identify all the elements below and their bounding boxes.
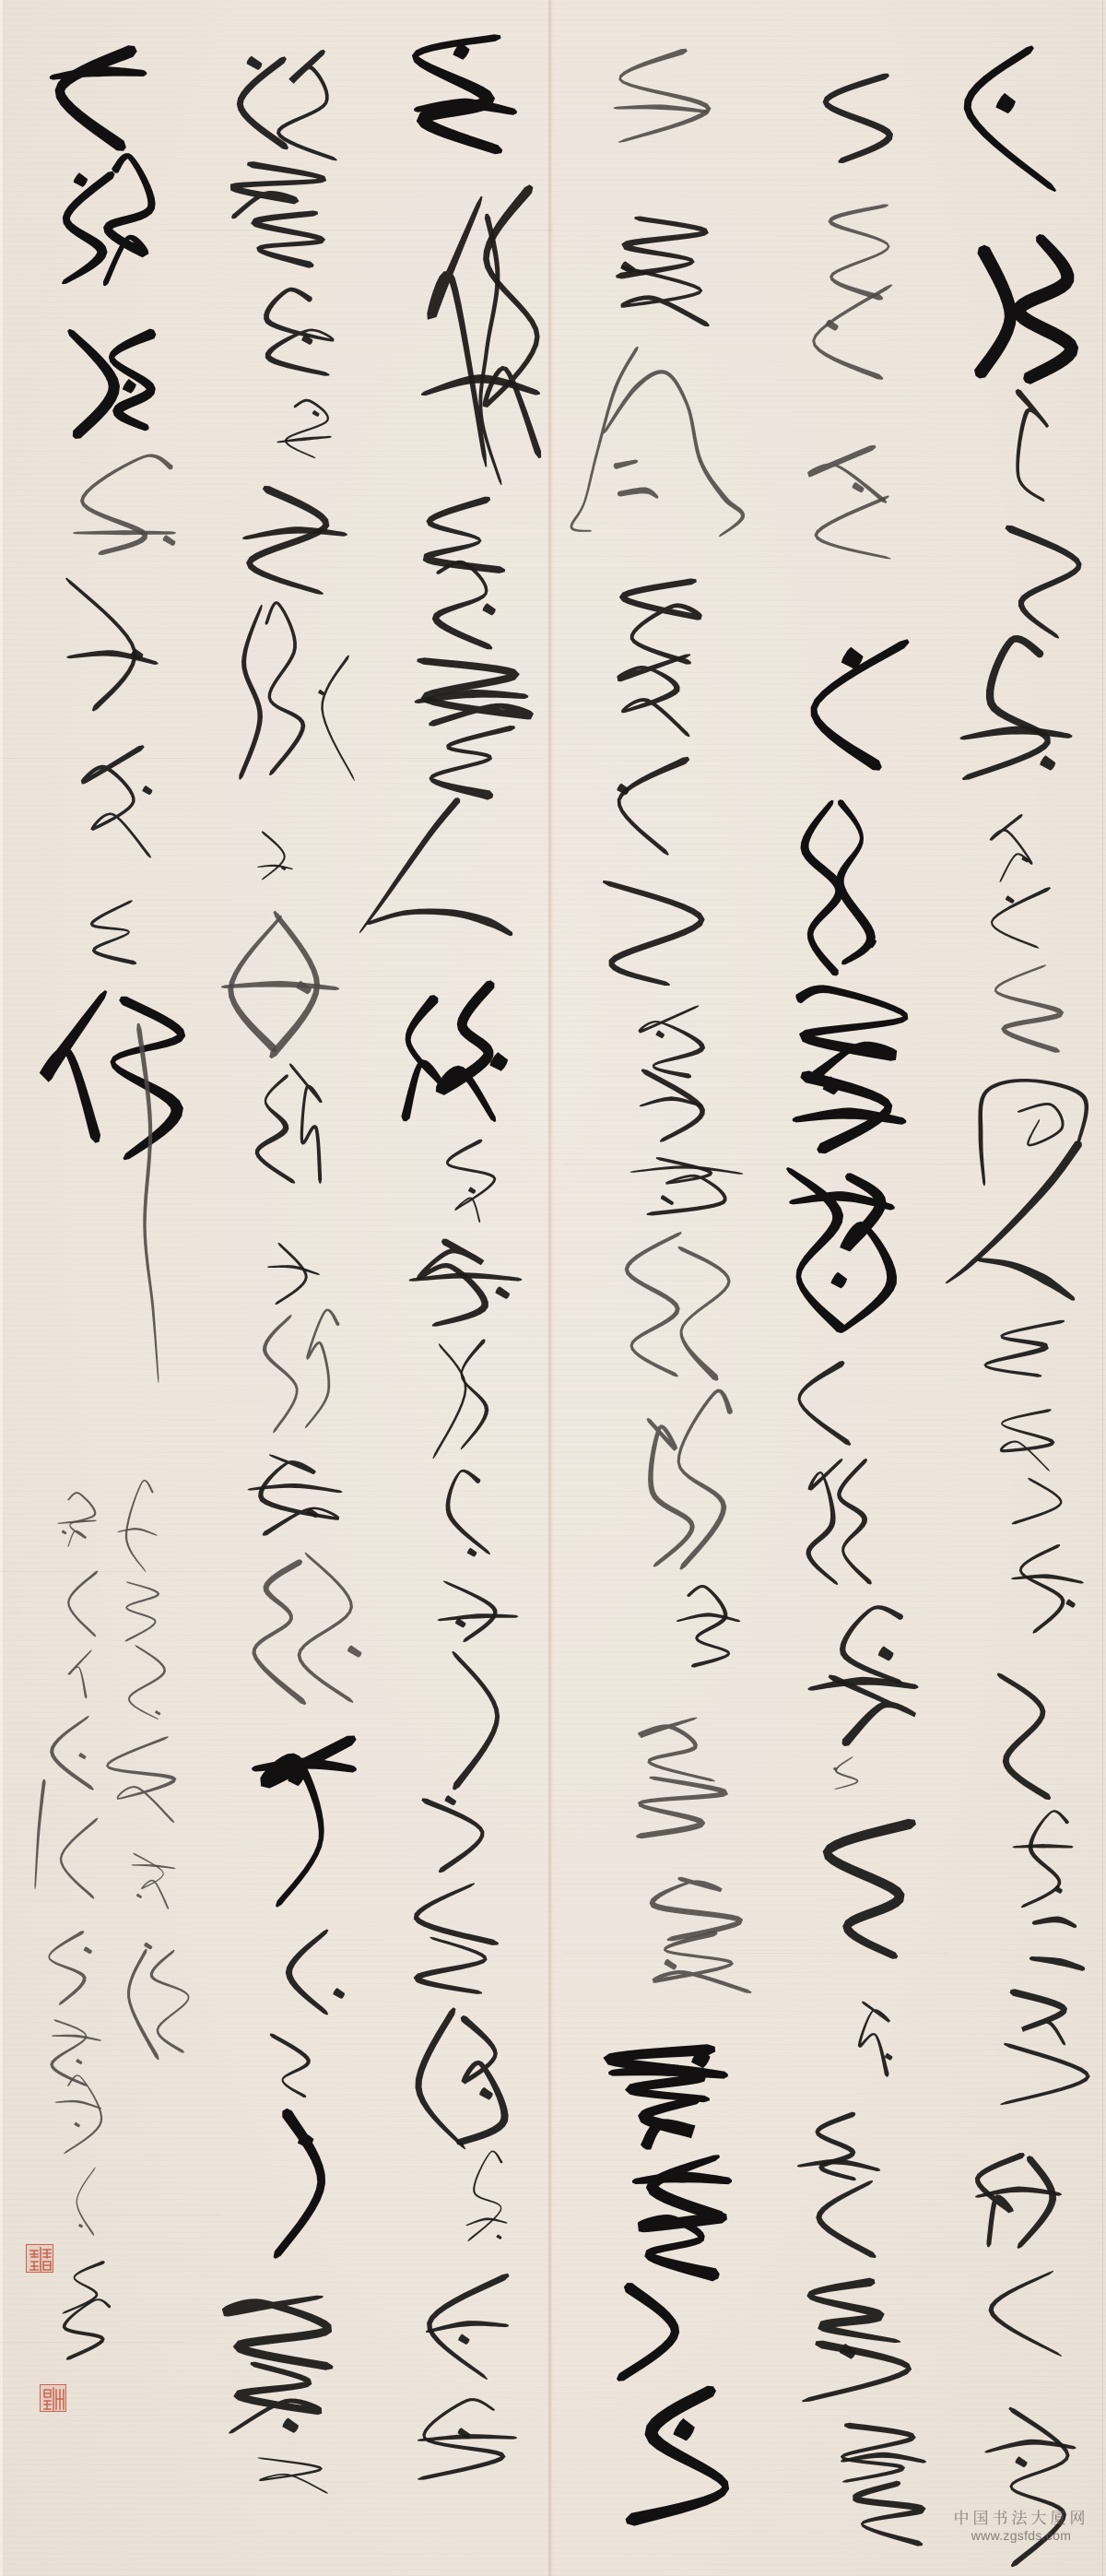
watermark-url: www.zgsfds.com: [947, 2528, 1095, 2543]
character-text: 断: [117, 1936, 191, 2065]
character-text: 朱: [115, 1489, 159, 1578]
calligraphy-character: 桐: [34, 1924, 108, 2006]
calligraphy-character: 立: [58, 1648, 99, 1701]
character-text: 戌: [55, 1566, 104, 1642]
character-text: 戊: [55, 1495, 99, 1554]
calligraphy-character: 断: [117, 1936, 191, 2065]
calligraphy-character: 朱: [115, 1489, 159, 1578]
seal-stamp: [26, 2244, 53, 2273]
calligraphy-character: 萧: [49, 2013, 104, 2089]
watermark-site-name: 中国书法大厦网: [947, 2510, 1095, 2528]
calligraphy-character: 长: [120, 1578, 163, 1642]
calligraphy-character: 书: [55, 2256, 117, 2363]
inscription-column: 朱长文续书断: [104, 1489, 191, 2065]
character-text: 秋: [34, 1712, 99, 1795]
seal-stamp: [40, 2384, 66, 2412]
calligraphy-character: 戌: [55, 1566, 104, 1642]
character-text: 文: [123, 1642, 172, 1724]
character-text: 书: [129, 1848, 178, 1912]
calligraphy-character: 东: [53, 2083, 104, 2159]
character-text: 桐: [34, 1924, 108, 2006]
character-text: 后: [58, 1806, 111, 1907]
calligraphy-character: 之: [65, 2166, 101, 2236]
character-text: 东: [53, 2083, 104, 2159]
calligraphy-character: 书: [129, 1848, 178, 1912]
calligraphy-character: 秋: [34, 1712, 99, 1795]
character-text: 之: [65, 2166, 101, 2236]
inscription: 朱长文续书断戊戌立秋后桐萧东之书: [0, 0, 1106, 2576]
calligraphy-scroll: 释怀素字藏真长沙人也自谓得草书三昧斯言近学艺甚攻笔勤书作字家之庭之尝观夏云随风变…: [0, 0, 1106, 2576]
character-text: 萧: [49, 2013, 104, 2089]
character-text: 立: [58, 1648, 99, 1701]
inscription-column: 戊戌立秋后桐萧东之书: [34, 1495, 117, 2363]
calligraphy-character: 文: [123, 1642, 172, 1724]
watermark: 中国书法大厦网 www.zgsfds.com: [947, 2510, 1095, 2543]
character-text: 长: [120, 1578, 163, 1642]
seal-icon: [27, 2245, 54, 2274]
character-text: 书: [55, 2256, 117, 2363]
calligraphy-character: 后: [58, 1806, 111, 1907]
calligraphy-character: 戊: [55, 1495, 99, 1554]
brush-stroke: [34, 1779, 45, 1889]
seal-icon: [41, 2385, 67, 2413]
